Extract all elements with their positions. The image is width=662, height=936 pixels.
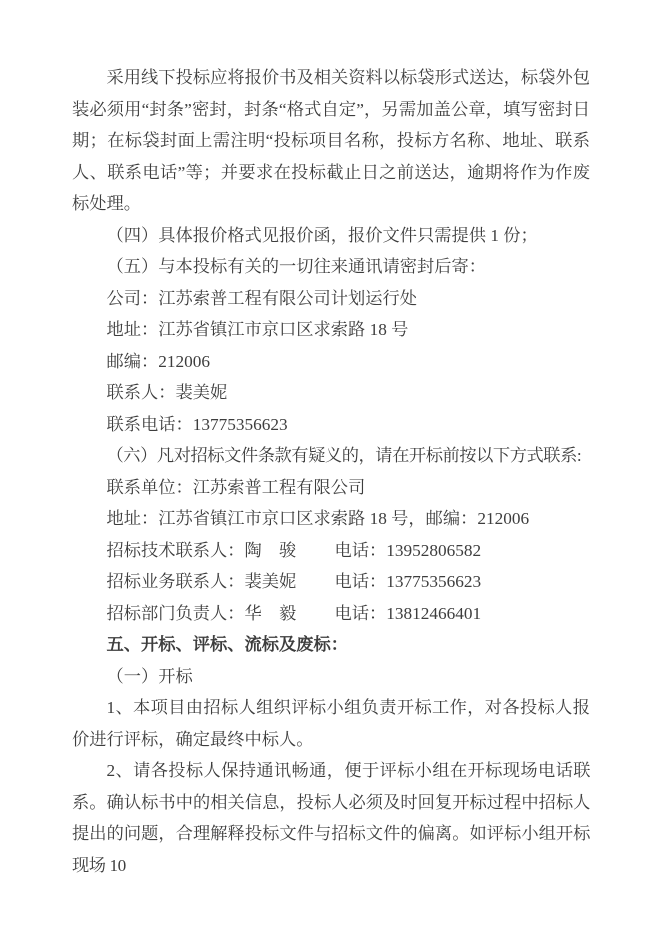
contact-phone-department-head: 电话：13812466401: [335, 604, 482, 623]
sub-heading-bid-opening: （一）开标: [72, 661, 590, 693]
item-five: （五）与本投标有关的一切往来通讯请密封后寄：: [72, 251, 590, 283]
paragraph-delivery-instructions: 采用线下投标应将报价书及相关资料以标袋形式送达，标袋外包装必须用“封条”密封，封…: [72, 62, 590, 220]
contact-phone-technical: 电话：13952806582: [335, 541, 482, 560]
mail-address-line: 地址：江苏省镇江市京口区求索路 18 号: [72, 314, 590, 346]
paragraph-open-item-2: 2、请各投标人保持通讯畅通，便于评标小组在开标现场电话联系。确认标书中的相关信息…: [72, 755, 590, 881]
document-page: 采用线下投标应将报价书及相关资料以标袋形式送达，标袋外包装必须用“封条”密封，封…: [0, 0, 662, 936]
paragraph-open-item-1: 1、本项目由招标人组织评标小组负责开标工作，对各投标人报价进行评标，确定最终中标…: [72, 692, 590, 755]
contact-phone-business: 电话：13775356623: [335, 572, 482, 591]
mail-company-line: 公司：江苏索普工程有限公司计划运行处: [72, 283, 590, 315]
contact-person-technical: 招标技术联系人：陶 骏: [107, 535, 335, 567]
contact-row-department-head: 招标部门负责人：华 毅电话：13812466401: [72, 598, 590, 630]
item-four: （四）具体报价格式见报价函，报价文件只需提供 1 份；: [72, 220, 590, 252]
contact-row-technical: 招标技术联系人：陶 骏电话：13952806582: [72, 535, 590, 567]
section-heading-bid-opening: 五、开标、评标、流标及废标：: [72, 629, 590, 661]
contact-person-business: 招标业务联系人：裴美妮: [107, 566, 335, 598]
contact-person-department-head: 招标部门负责人：华 毅: [107, 598, 335, 630]
mail-contact-phone-line: 联系电话：13775356623: [72, 409, 590, 441]
contact-row-business: 招标业务联系人：裴美妮电话：13775356623: [72, 566, 590, 598]
contact-unit-line: 联系单位：江苏索普工程有限公司: [72, 472, 590, 504]
item-six: （六）凡对招标文件条款有疑义的，请在开标前按以下方式联系:: [72, 440, 590, 472]
contact-address-line: 地址：江苏省镇江市京口区求索路 18 号，邮编：212006: [72, 503, 590, 535]
mail-postcode-line: 邮编：212006: [72, 346, 590, 378]
mail-contact-person-line: 联系人：裴美妮: [72, 377, 590, 409]
